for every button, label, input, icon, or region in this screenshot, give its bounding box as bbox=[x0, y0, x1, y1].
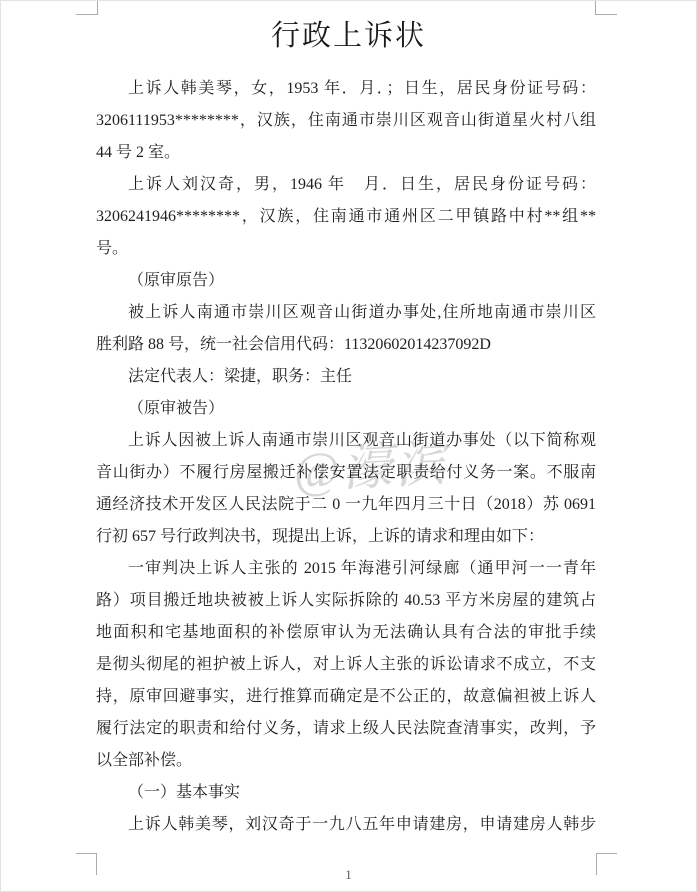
page-number: 1 bbox=[1, 867, 696, 883]
doc-line: 地面积和宅基地面积的补偿原审认为无法确认具有合法的审批手续 bbox=[96, 617, 596, 649]
doc-line: （一）基本事实 bbox=[96, 777, 596, 809]
doc-line: 持，原审回避事实，进行推算而确定是不公正的，故意偏袒被上诉人 bbox=[96, 681, 596, 713]
doc-line: 是彻头彻尾的袒护被上诉人，对上诉人主张的诉讼请求不成立，不支 bbox=[96, 649, 596, 681]
doc-line: 上诉人韩美琴，刘汉奇于一九八五年申请建房，申请建房人韩步 bbox=[96, 809, 596, 841]
doc-line: 号。 bbox=[96, 233, 596, 265]
doc-line: （原审原告） bbox=[96, 265, 596, 297]
document-page: @濠滨 行政上诉状 上诉人韩美琴，女，1953 年．月．；日生，居民身份证号码：… bbox=[0, 0, 697, 892]
doc-line: 履行法定的职责和给付义务，请求上级人民法院查清事实，改判，予 bbox=[96, 713, 596, 745]
doc-line: 法定代表人：梁捷，职务：主任 bbox=[96, 361, 596, 393]
doc-line: 行初 657 号行政判决书，现提出上诉，上诉的请求和理由如下： bbox=[96, 521, 596, 553]
document-title: 行政上诉状 bbox=[1, 13, 696, 54]
doc-line: 上诉人因被上诉人南通市崇川区观音山街道办事处（以下简称观 bbox=[96, 425, 596, 457]
doc-line: 音山街办）不履行房屋搬迁补偿安置法定职责给付义务一案。不服南 bbox=[96, 457, 596, 489]
doc-line: 3206241946********，汉族，住南通市通州区二甲镇路中村**组** bbox=[96, 201, 596, 233]
document-body: 上诉人韩美琴，女，1953 年．月．；日生，居民身份证号码： 320611195… bbox=[96, 73, 596, 841]
doc-line: 一审判决上诉人主张的 2015 年海港引河绿廊（通甲河一一青年 bbox=[96, 553, 596, 585]
doc-line: 通经济技术开发区人民法院于二 0 一九年四月三十日（2018）苏 0691 bbox=[96, 489, 596, 521]
doc-line: 路）项目搬迁地块被被上诉人实际拆除的 40.53 平方米房屋的建筑占 bbox=[96, 585, 596, 617]
doc-line: 被上诉人南通市崇川区观音山街道办事处,住所地南通市崇川区 bbox=[96, 297, 596, 329]
doc-line: 上诉人刘汉奇，男，1946 年 月．日生，居民身份证号码： bbox=[96, 169, 596, 201]
doc-line: 44 号 2 室。 bbox=[96, 137, 596, 169]
doc-line: 上诉人韩美琴，女，1953 年．月．；日生，居民身份证号码： bbox=[96, 73, 596, 105]
doc-line: 以全部补偿。 bbox=[96, 745, 596, 777]
doc-line: （原审被告） bbox=[96, 393, 596, 425]
doc-line: 胜利路 88 号，统一社会信用代码：11320602014237092D bbox=[96, 329, 596, 361]
doc-line: 3206111953********，汉族，住南通市崇川区观音山街道星火村八组 bbox=[96, 105, 596, 137]
